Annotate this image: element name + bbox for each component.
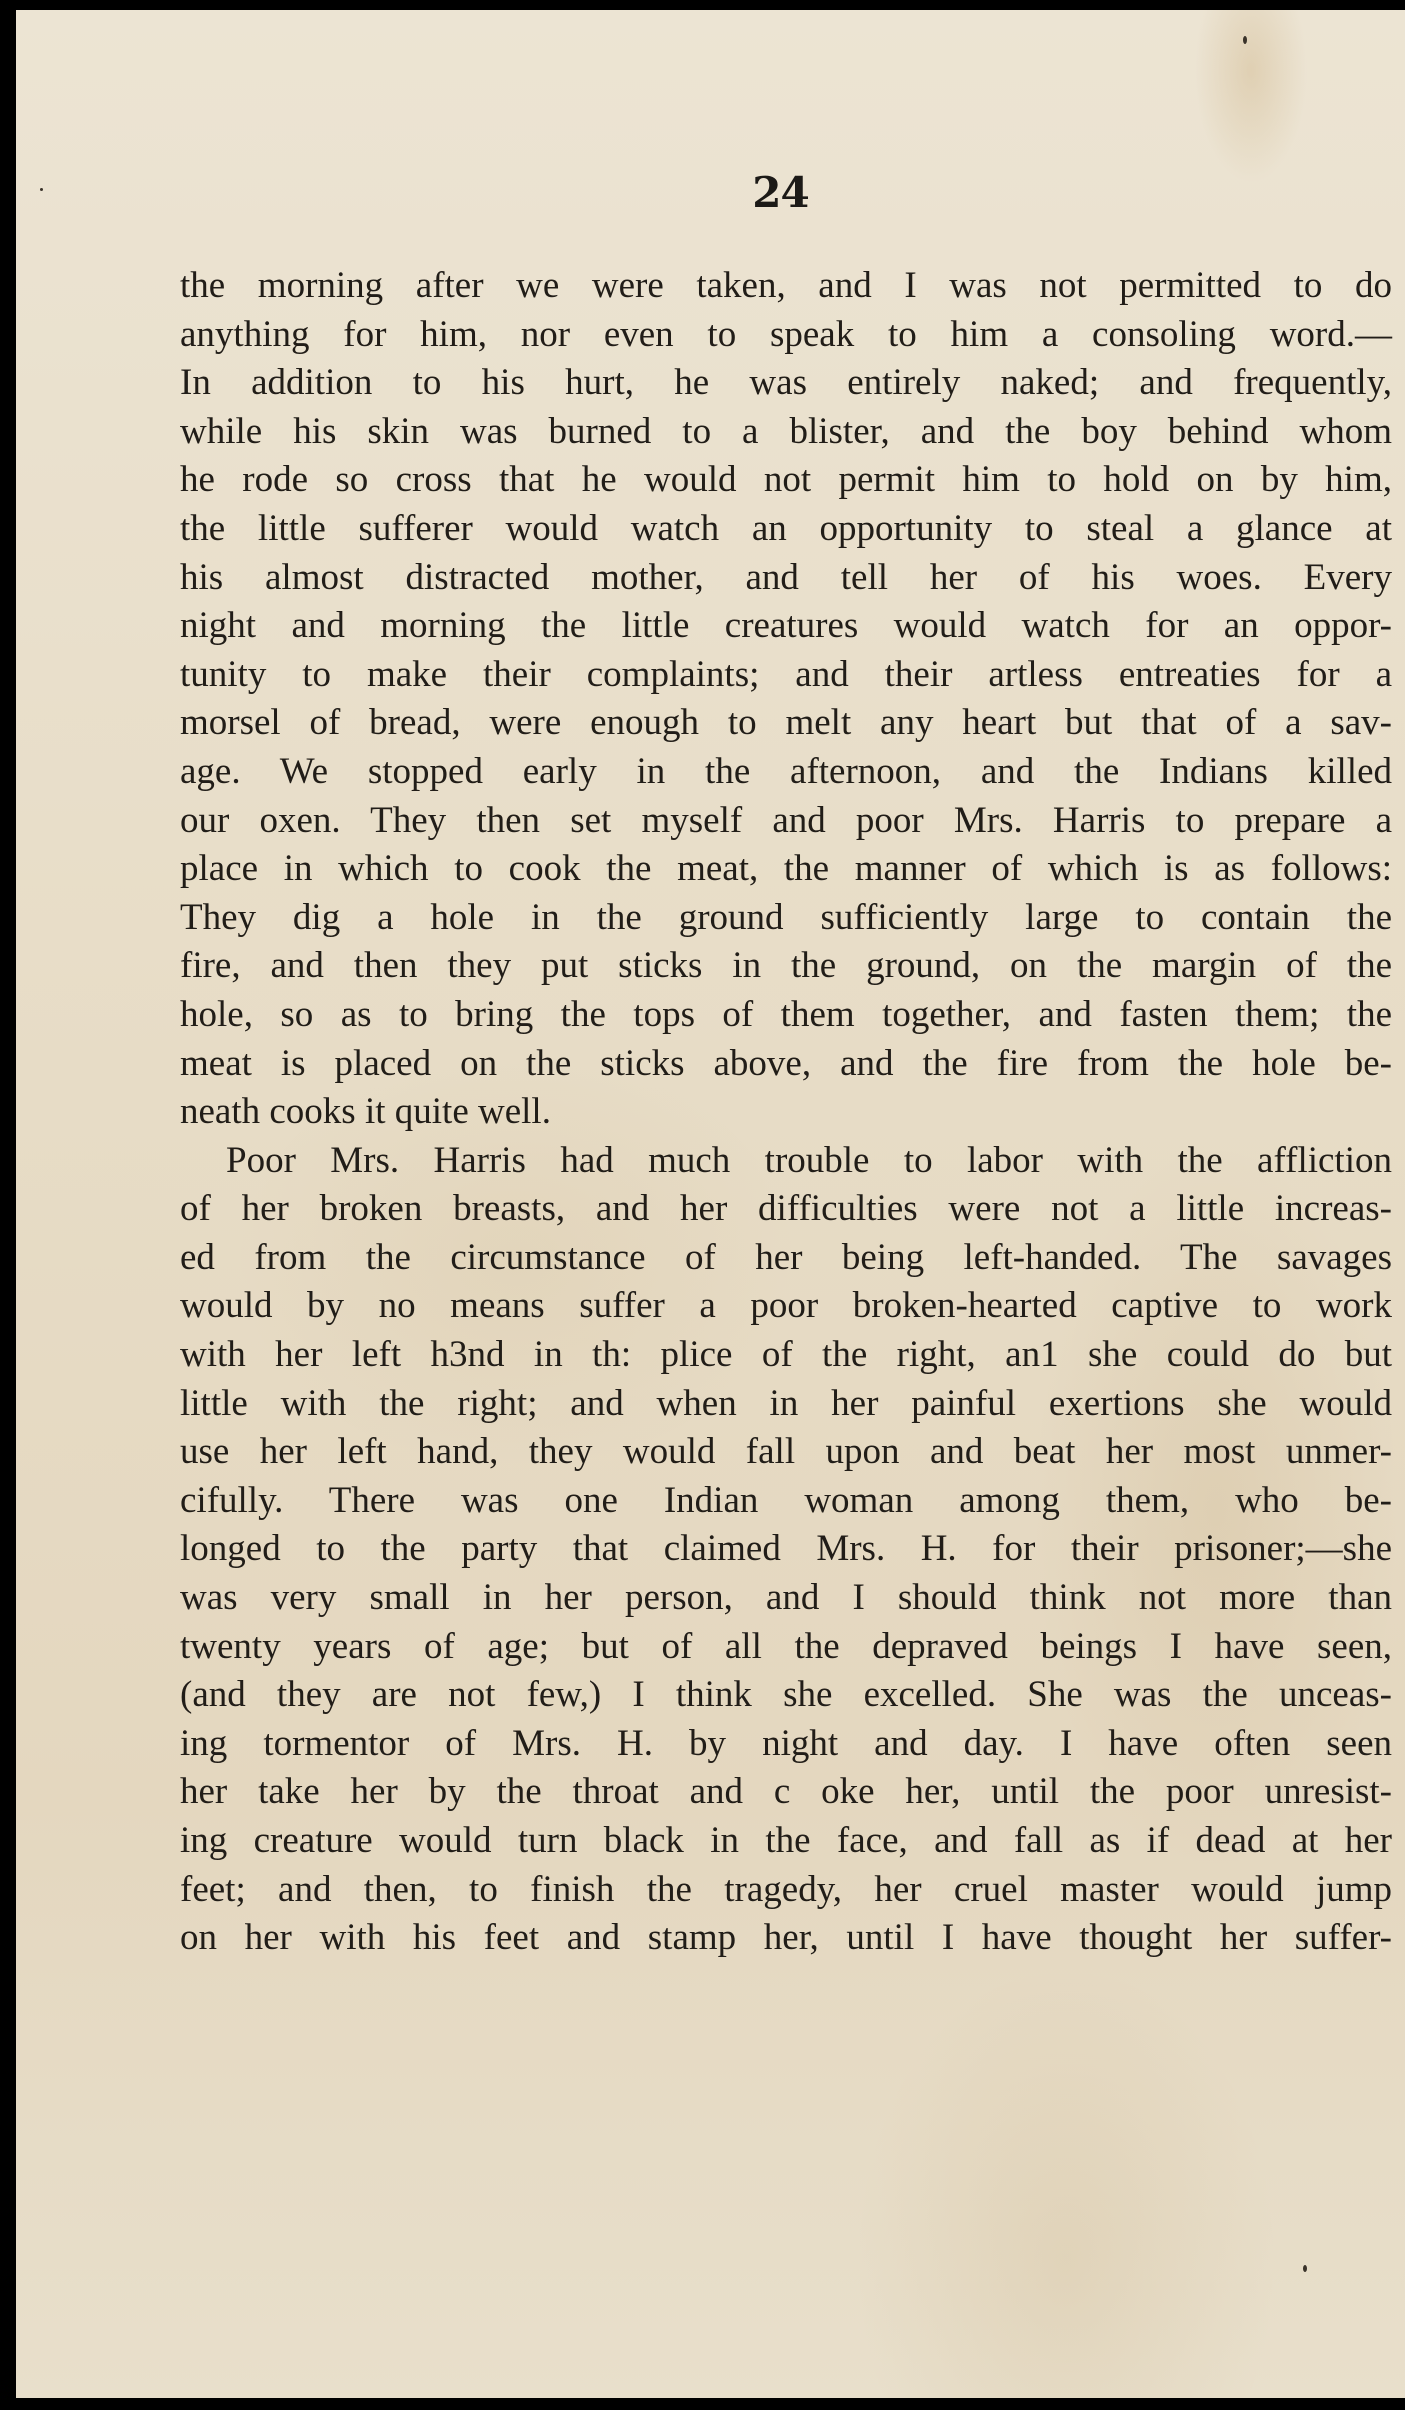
text-line: of her broken breasts, and her difficult… — [180, 1185, 1392, 1234]
paper-speck — [1303, 2265, 1307, 2272]
text-line: ed from the circumstance of her being le… — [180, 1234, 1392, 1283]
paper-speck — [40, 188, 43, 191]
text-line: ing tormentor of Mrs. H. by night and da… — [180, 1720, 1392, 1769]
text-line: the little sufferer would watch an oppor… — [180, 505, 1392, 554]
text-line: morsel of bread, were enough to melt any… — [180, 699, 1392, 748]
page-number: 24 — [16, 168, 1405, 217]
text-line: was very small in her person, and I shou… — [180, 1574, 1392, 1623]
text-line: her take her by the throat and c oke her… — [180, 1768, 1392, 1817]
text-line: his almost distracted mother, and tell h… — [180, 554, 1392, 603]
text-line: our oxen. They then set myself and poor … — [180, 797, 1392, 846]
text-line: he rode so cross that he would not permi… — [180, 456, 1392, 505]
text-line: place in which to cook the meat, the man… — [180, 845, 1392, 894]
text-line: would by no means suffer a poor broken-h… — [180, 1282, 1392, 1331]
text-line: feet; and then, to finish the tragedy, h… — [180, 1866, 1392, 1915]
text-line: cifully. There was one Indian woman amon… — [180, 1477, 1392, 1526]
text-line: night and morning the little creatures w… — [180, 602, 1392, 651]
body-text: the morning after we were taken, and I w… — [180, 262, 1392, 1963]
text-line: They dig a hole in the ground sufficient… — [180, 894, 1392, 943]
text-line: twenty years of age; but of all the depr… — [180, 1623, 1392, 1672]
text-line: the morning after we were taken, and I w… — [180, 262, 1392, 311]
book-page: 24 the morning after we were taken, and … — [16, 10, 1405, 2398]
text-line: tunity to make their complaints; and the… — [180, 651, 1392, 700]
text-line: hole, so as to bring the tops of them to… — [180, 991, 1392, 1040]
paragraph-2: Poor Mrs. Harris had much trouble to lab… — [180, 1137, 1392, 1963]
text-line: while his skin was burned to a blister, … — [180, 408, 1392, 457]
text-line: age. We stopped early in the afternoon, … — [180, 748, 1392, 797]
text-line: fire, and then they put sticks in the gr… — [180, 942, 1392, 991]
text-line: with her left h3nd in th: plice of the r… — [180, 1331, 1392, 1380]
text-line: anything for him, nor even to speak to h… — [180, 311, 1392, 360]
text-line: meat is placed on the sticks above, and … — [180, 1040, 1392, 1089]
paragraph-1: the morning after we were taken, and I w… — [180, 262, 1392, 1137]
text-line: little with the right; and when in her p… — [180, 1380, 1392, 1429]
text-line: Poor Mrs. Harris had much trouble to lab… — [180, 1137, 1392, 1186]
text-line: use her left hand, they would fall upon … — [180, 1428, 1392, 1477]
text-line: In addition to his hurt, he was entirely… — [180, 359, 1392, 408]
text-line: longed to the party that claimed Mrs. H.… — [180, 1525, 1392, 1574]
text-line: (and they are not few,) I think she exce… — [180, 1671, 1392, 1720]
text-line: neath cooks it quite well. — [180, 1088, 1392, 1137]
text-line: on her with his feet and stamp her, unti… — [180, 1914, 1392, 1963]
paper-speck — [1243, 36, 1247, 44]
text-line: ing creature would turn black in the fac… — [180, 1817, 1392, 1866]
